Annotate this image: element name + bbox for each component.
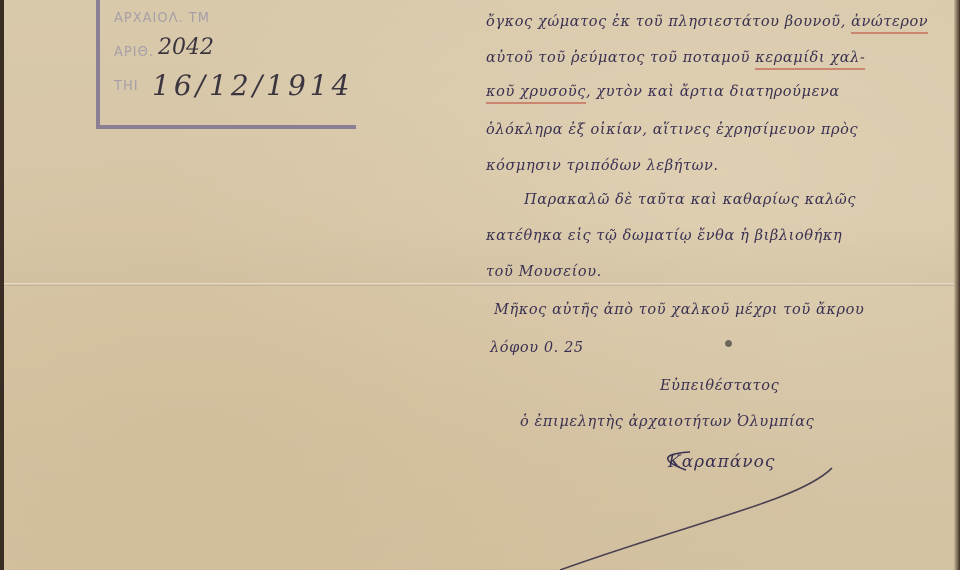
body-line-8: τοῦ Μουσείου. bbox=[486, 264, 602, 280]
body-line-1: ὄγκος χώματος ἐκ τοῦ πλησιεστάτου βουνοῦ… bbox=[486, 14, 928, 30]
right-paper-edge bbox=[954, 0, 960, 570]
body-line-4: ὁλόκληρα ἐξ οἰκίαν, αἵτινες ἐχρησίμευον … bbox=[486, 122, 858, 138]
closing-salutation: Εὐπειθέστατος bbox=[660, 378, 779, 394]
signatory-title: ὁ ἐπιμελητὴς ἀρχαιοτήτων Ὀλυμπίας bbox=[520, 414, 814, 430]
body-line-9: Μῆκος αὐτῆς ἀπὸ τοῦ χαλκοῦ μέχρι τοῦ ἄκρ… bbox=[494, 302, 864, 318]
stamp-number-label: ΑΡΙΘ. bbox=[114, 45, 154, 60]
body-line-10: λόφου 0. 25 bbox=[490, 340, 584, 356]
ink-spot bbox=[725, 340, 732, 347]
stamp-number-value: 2042 bbox=[158, 35, 214, 60]
underlined-word: κοῦ χρυσοῦς bbox=[486, 84, 586, 104]
underlined-word: κεραμίδι χαλ- bbox=[755, 50, 865, 70]
body-line-2: αὐτοῦ τοῦ ῥεύματος τοῦ ποταμοῦ κεραμίδι … bbox=[486, 50, 865, 66]
body-line-text: αὐτοῦ τοῦ ῥεύματος τοῦ ποταμοῦ bbox=[486, 50, 750, 66]
stamp-date-label: ΤΗΙ bbox=[114, 79, 139, 94]
body-line-text: , χυτὸν καὶ ἄρτια διατηρούμενα bbox=[586, 84, 840, 100]
body-line-7: κατέθηκα εἰς τῷ δωματίῳ ἔνθα ἡ βιβλιοθήκ… bbox=[486, 228, 842, 244]
signature: Καραπάνος bbox=[668, 452, 775, 472]
stamp-department-label: ΑΡΧΑΙΟΛ. ΤΜ bbox=[114, 11, 210, 26]
registration-stamp: ΑΡΧΑΙΟΛ. ΤΜ ΑΡΙΘ. 2042 ΤΗΙ 16/12/1914 bbox=[96, 0, 356, 129]
underlined-word: ἀνώτερον bbox=[851, 14, 928, 34]
body-line-5: κόσμησιν τριπόδων λεβήτων. bbox=[486, 158, 719, 174]
body-line-6: Παρακαλῶ δὲ ταῦτα καὶ καθαρίως καλῶς bbox=[524, 192, 856, 208]
body-line-text: ὄγκος χώματος ἐκ τοῦ πλησιεστάτου βουνοῦ… bbox=[486, 14, 846, 30]
body-line-3: κοῦ χρυσοῦς, χυτὸν καὶ ἄρτια διατηρούμεν… bbox=[486, 84, 840, 100]
fold-crease bbox=[4, 283, 954, 286]
stamp-date-value: 16/12/1914 bbox=[152, 69, 353, 102]
document-page: ΑΡΧΑΙΟΛ. ΤΜ ΑΡΙΘ. 2042 ΤΗΙ 16/12/1914 ὄγ… bbox=[0, 0, 960, 570]
